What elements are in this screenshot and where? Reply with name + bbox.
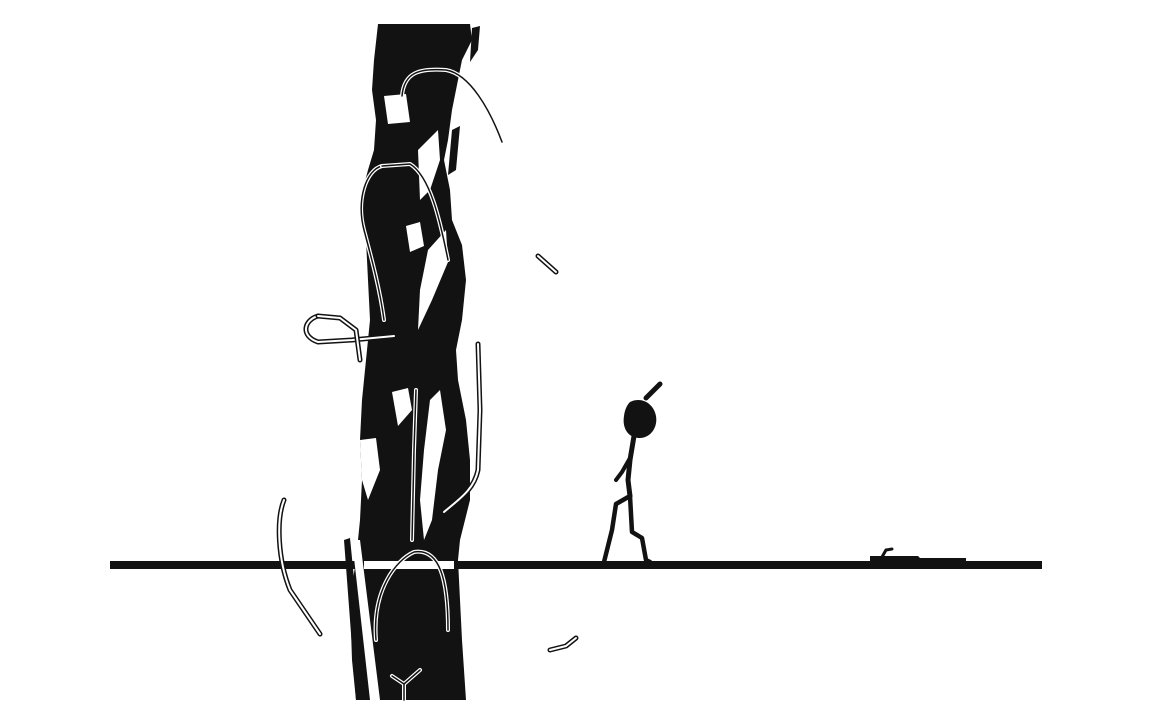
player-stick-figure[interactable]: Stick figure: [604, 384, 660, 562]
ground-item[interactable]: Small object on ground: [870, 549, 966, 562]
game-scene[interactable]: Ground line Tree trunk with vines: [0, 0, 1152, 720]
ground-line: Ground line: [110, 561, 1042, 569]
tree-trunk: Tree trunk with vines: [344, 24, 480, 700]
